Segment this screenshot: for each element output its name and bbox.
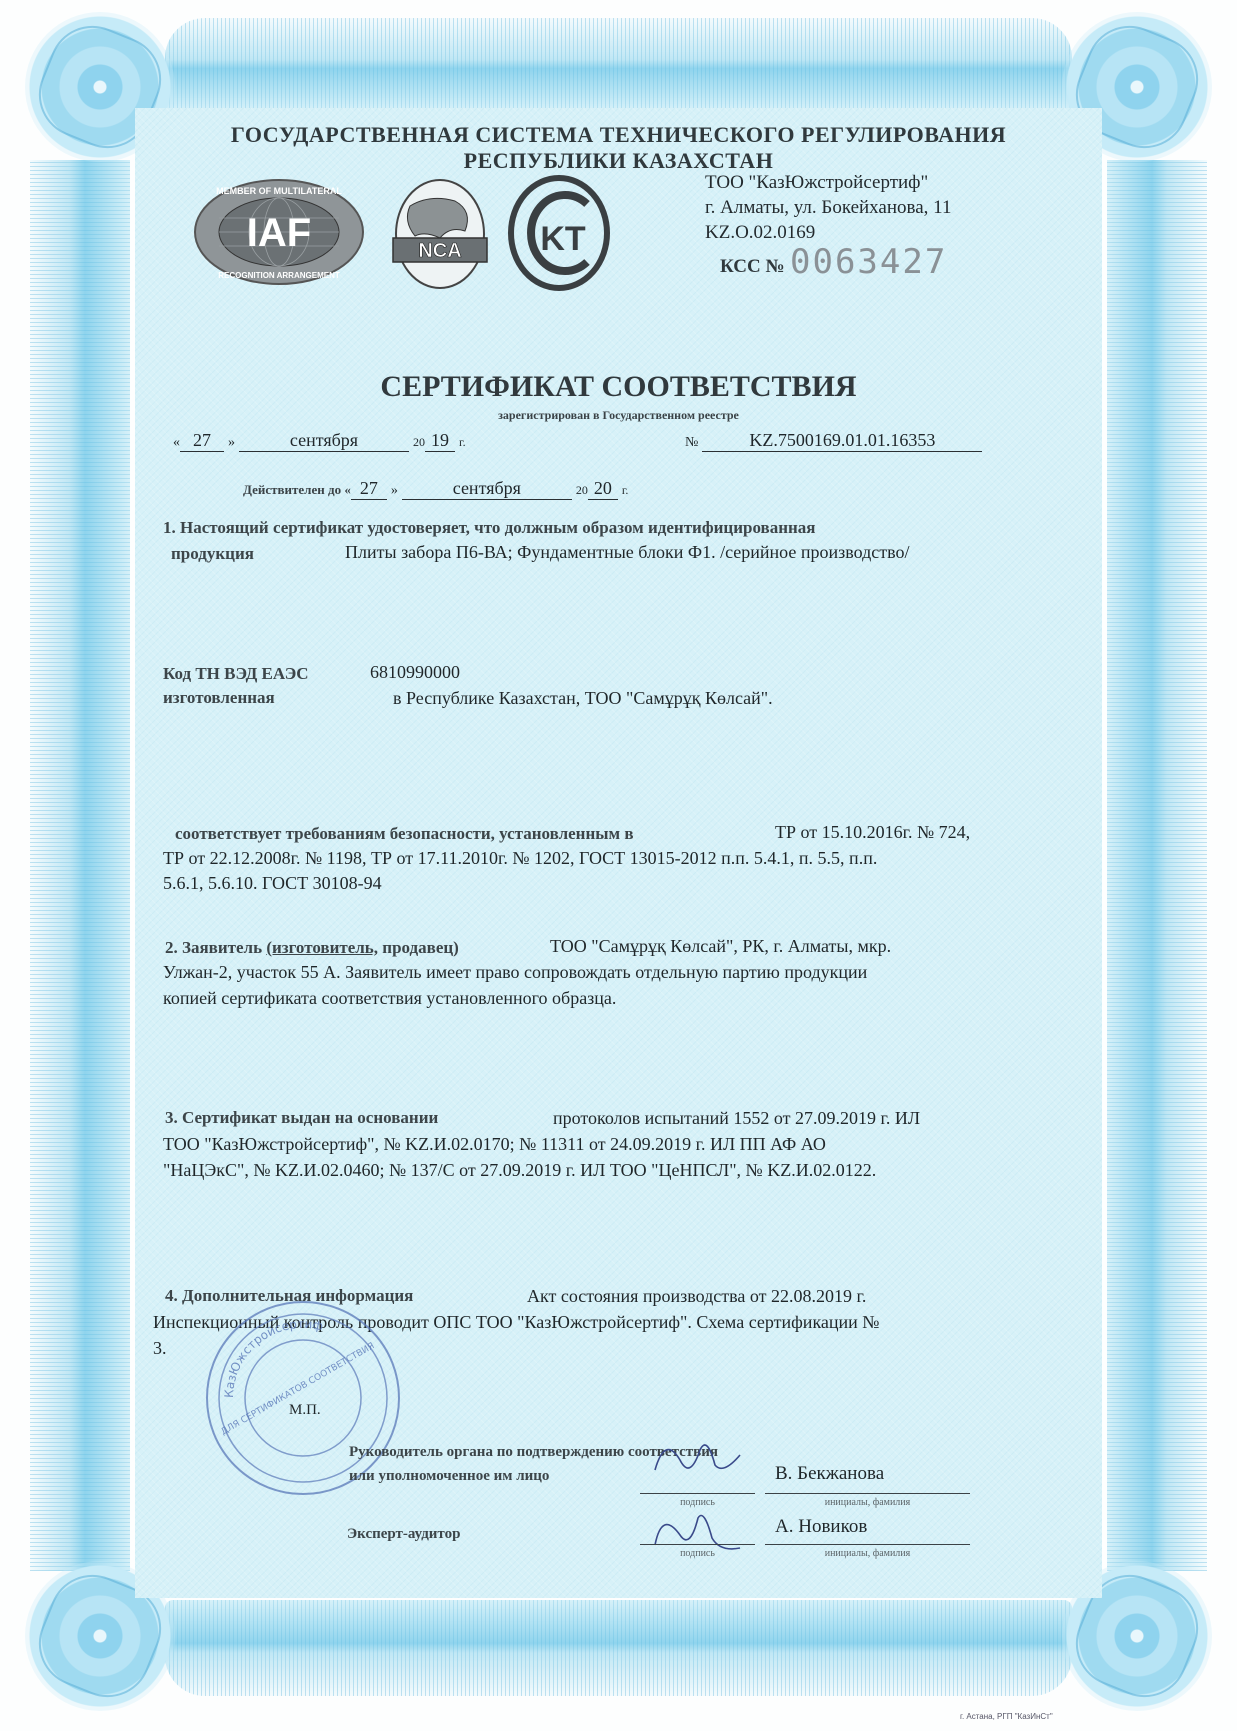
signature-caption: подпись xyxy=(640,1548,755,1559)
code-label: Код ТН ВЭД ЕАЭС xyxy=(163,664,309,684)
expert-label: Эксперт-аудитор xyxy=(347,1526,460,1543)
valid-year: 20 xyxy=(588,478,618,500)
name-line xyxy=(765,1544,970,1545)
signature-line xyxy=(640,1544,755,1545)
issued-day: 27 xyxy=(180,430,224,452)
nca-logo: NCA xyxy=(385,176,495,292)
svg-text:KT: KT xyxy=(540,220,586,258)
section2-heading: 2. Заявитель (изготовитель, продавец) xyxy=(165,938,459,958)
svg-text:RECOGNITION ARRANGEMENT: RECOGNITION ARRANGEMENT xyxy=(218,271,340,280)
applicant-value-3: копией сертификата соответствия установл… xyxy=(163,988,616,1009)
valid-month: сентября xyxy=(402,478,572,500)
header-line-1: ГОСУДАРСТВЕННАЯ СИСТЕМА ТЕХНИЧЕСКОГО РЕГ… xyxy=(135,122,1102,148)
iaf-logo: IAF MEMBER OF MULTILATERAL RECOGNITION A… xyxy=(193,178,365,286)
product-value: Плиты забора П6-ВА; Фундаментные блоки Ф… xyxy=(345,542,910,563)
product-label: продукция xyxy=(171,544,254,564)
guilloche-border-left xyxy=(30,160,130,1571)
svg-text:IAF: IAF xyxy=(247,211,311,255)
name-line xyxy=(765,1493,970,1494)
applicant-value-2: Улжан-2, участок 55 А. Заявитель имеет п… xyxy=(163,962,867,983)
svg-text:MEMBER OF MULTILATERAL: MEMBER OF MULTILATERAL xyxy=(216,186,342,196)
issued-date: «27 » сентября 2019 г. xyxy=(173,430,466,452)
complies-value-3: 5.6.1, 5.6.10. ГОСТ 30108-94 xyxy=(163,873,382,894)
certificate-page: ГОСУДАРСТВЕННАЯ СИСТЕМА ТЕХНИЧЕСКОГО РЕГ… xyxy=(0,0,1237,1731)
additional-value-3: 3. xyxy=(153,1338,167,1359)
issued-month: сентября xyxy=(239,430,409,452)
issuer-address: г. Алматы, ул. Бокейханова, 11 xyxy=(705,195,951,220)
certificate-subtitle: зарегистрирован в Государственном реестр… xyxy=(135,408,1102,423)
signature-line xyxy=(640,1493,755,1494)
kss-label: КСС № xyxy=(720,256,785,278)
printer-footer: г. Астана, РГП "КазИнСт" xyxy=(960,1712,1053,1721)
complies-value-1: ТР от 15.10.2016г. № 724, xyxy=(775,822,970,843)
code-value: 6810990000 xyxy=(370,662,460,683)
basis-value-1: протоколов испытаний 1552 от 27.09.2019 … xyxy=(553,1108,920,1129)
svg-text:NCA: NCA xyxy=(418,240,461,262)
complies-label: соответствует требованиям безопасности, … xyxy=(175,824,634,844)
guilloche-border-top xyxy=(165,18,1072,110)
made-label: изготовленная xyxy=(163,688,275,708)
head-signature xyxy=(645,1430,755,1490)
valid-until: Действителен до «27 » сентября 2020 г. xyxy=(243,478,628,500)
complies-value-2: ТР от 22.12.2008г. № 1198, ТР от 17.11.2… xyxy=(163,848,877,869)
certificate-number-value: KZ.7500169.01.01.16353 xyxy=(702,430,982,452)
head-name: В. Бекжанова xyxy=(775,1463,884,1485)
made-value: в Республике Казахстан, ТОО "Самұрұқ Көл… xyxy=(393,688,773,709)
head-label-2: или уполномоченное им лицо xyxy=(349,1468,549,1485)
basis-value-3: "НаЦЭкС", № KZ.И.02.0460; № 137/С от 27.… xyxy=(163,1160,876,1181)
guilloche-border-bottom xyxy=(165,1600,1072,1696)
basis-value-2: ТОО "КазЮжстройсертиф", № KZ.И.02.0170; … xyxy=(163,1134,826,1155)
certificate-body: ГОСУДАРСТВЕННАЯ СИСТЕМА ТЕХНИЧЕСКОГО РЕГ… xyxy=(135,108,1102,1598)
kt-logo: KT xyxy=(507,174,611,292)
issuer-name: ТОО "КазЮжстройсертиф" xyxy=(705,170,928,195)
name-caption: инициалы, фамилия xyxy=(765,1548,970,1559)
applicant-value-1: ТОО "Самұрұқ Көлсай", РК, г. Алматы, мкр… xyxy=(550,936,891,957)
certificate-title: СЕРТИФИКАТ СООТВЕТСТВИЯ xyxy=(135,370,1102,404)
additional-value-1: Акт состояния производства от 22.08.2019… xyxy=(527,1286,866,1307)
section1-heading: 1. Настоящий сертификат удостоверяет, чт… xyxy=(163,518,815,538)
guilloche-border-right xyxy=(1107,160,1207,1571)
header-line-2: РЕСПУБЛИКИ КАЗАХСТАН xyxy=(135,148,1102,174)
certificate-number: № KZ.7500169.01.01.16353 xyxy=(685,430,982,452)
kss-number: 0063427 xyxy=(790,242,947,282)
section3-heading: 3. Сертификат выдан на основании xyxy=(165,1108,438,1128)
issued-year: 19 xyxy=(425,430,455,452)
valid-day: 27 xyxy=(351,478,387,500)
stamp-mp: М.П. xyxy=(289,1402,321,1419)
name-caption: инициалы, фамилия xyxy=(765,1497,970,1508)
expert-name: А. Новиков xyxy=(775,1516,867,1538)
